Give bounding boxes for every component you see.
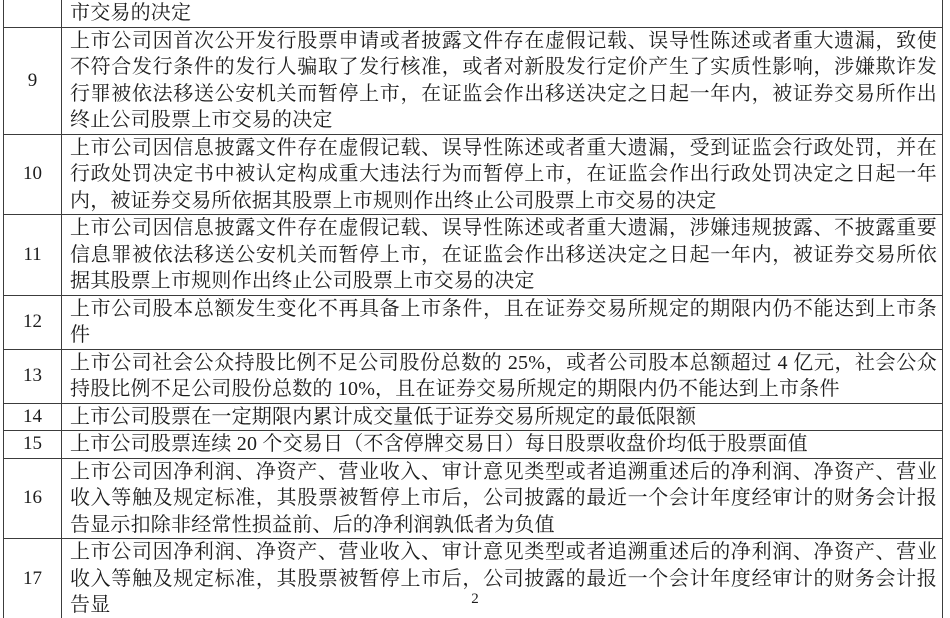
- document-page: 市交易的决定 9 上市公司因首次公开发行股票申请或者披露文件存在虚假记载、误导性…: [0, 0, 950, 618]
- table-row: 市交易的决定: [4, 0, 943, 27]
- row-number: 16: [4, 458, 62, 539]
- row-text: 上市公司因首次公开发行股票申请或者披露文件存在虚假记载、误导性陈述或者重大遗漏，…: [62, 27, 943, 134]
- row-number: 13: [4, 349, 62, 403]
- row-text: 上市公司社会公众持股比例不足公司股份总数的 25%，或者公司股本总额超过 4 亿…: [62, 349, 943, 403]
- row-text: 上市公司股票连续 20 个交易日（不含停牌交易日）每日股票收盘价均低于股票面值: [62, 431, 943, 459]
- table-row: 16 上市公司因净利润、净资产、营业收入、审计意见类型或者追溯重述后的净利润、净…: [4, 458, 943, 539]
- delisting-rules-table: 市交易的决定 9 上市公司因首次公开发行股票申请或者披露文件存在虚假记载、误导性…: [3, 0, 943, 618]
- row-number: 10: [4, 134, 62, 215]
- page-number: 2: [0, 591, 950, 608]
- table-row: 11 上市公司因信息披露文件存在虚假记载、误导性陈述或者重大遗漏，涉嫌违规披露、…: [4, 215, 943, 296]
- row-text: 上市公司因信息披露文件存在虚假记载、误导性陈述或者重大遗漏，受到证监会行政处罚，…: [62, 134, 943, 215]
- row-number: 11: [4, 215, 62, 296]
- row-text: 上市公司股本总额发生变化不再具备上市条件，且在证券交易所规定的期限内仍不能达到上…: [62, 295, 943, 349]
- row-number: 12: [4, 295, 62, 349]
- row-text: 上市公司因净利润、净资产、营业收入、审计意见类型或者追溯重述后的净利润、净资产、…: [62, 458, 943, 539]
- row-text: 上市公司股票在一定期限内累计成交量低于证券交易所规定的最低限额: [62, 403, 943, 431]
- row-number: 15: [4, 431, 62, 459]
- row-text: 市交易的决定: [62, 0, 943, 27]
- row-number: 14: [4, 403, 62, 431]
- table-row: 13 上市公司社会公众持股比例不足公司股份总数的 25%，或者公司股本总额超过 …: [4, 349, 943, 403]
- row-number: 9: [4, 27, 62, 134]
- row-text: 上市公司因信息披露文件存在虚假记载、误导性陈述或者重大遗漏，涉嫌违规披露、不披露…: [62, 215, 943, 296]
- table-row: 9 上市公司因首次公开发行股票申请或者披露文件存在虚假记载、误导性陈述或者重大遗…: [4, 27, 943, 134]
- table-row: 14 上市公司股票在一定期限内累计成交量低于证券交易所规定的最低限额: [4, 403, 943, 431]
- table-row: 15 上市公司股票连续 20 个交易日（不含停牌交易日）每日股票收盘价均低于股票…: [4, 431, 943, 459]
- table-row: 10 上市公司因信息披露文件存在虚假记载、误导性陈述或者重大遗漏，受到证监会行政…: [4, 134, 943, 215]
- row-number: [4, 0, 62, 27]
- table-row: 12 上市公司股本总额发生变化不再具备上市条件，且在证券交易所规定的期限内仍不能…: [4, 295, 943, 349]
